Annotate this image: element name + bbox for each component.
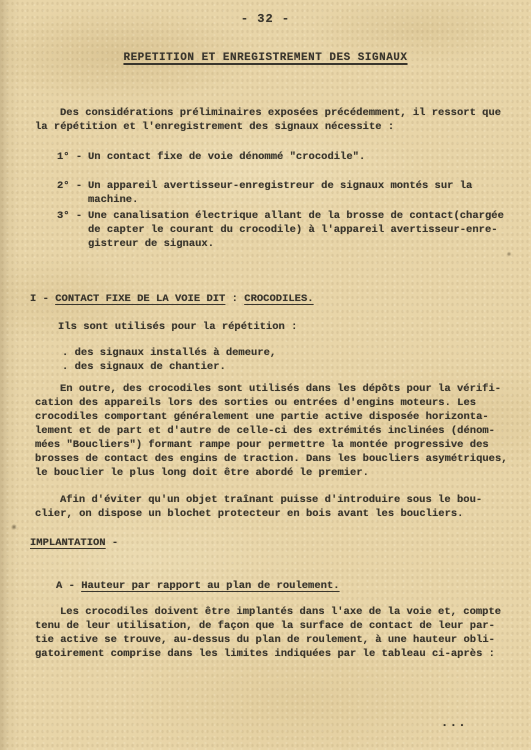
item-3-label: 3° - bbox=[57, 209, 88, 223]
implantation-heading-text: IMPLANTATION bbox=[30, 537, 106, 549]
item-2-label: 2° - bbox=[57, 179, 88, 193]
section-1-heading-part-1: CONTACT FIXE DE LA VOIE DIT bbox=[55, 293, 225, 305]
intro-paragraph: Des considérations préliminaires exposée… bbox=[35, 106, 521, 134]
section-1-separator: : bbox=[225, 293, 244, 305]
paragraph-implantation: Les crocodiles doivent être implantés da… bbox=[35, 605, 523, 661]
section-1-heading: I - CONTACT FIXE DE LA VOIE DIT : CROCOD… bbox=[30, 292, 314, 306]
section-1-prefix: I - bbox=[30, 293, 55, 305]
numbered-item-3: 3° - Une canalisation électrique allant … bbox=[57, 209, 521, 251]
document-title-text: REPETITION ET ENREGISTREMENT DES SIGNAUX bbox=[123, 52, 407, 64]
item-1-text: Un contact fixe de voie dénommé "crocodi… bbox=[88, 150, 521, 164]
section-1-lead: Ils sont utilisés pour la répétition : bbox=[58, 320, 297, 334]
numbered-item-2: 2° - Un appareil avertisseur-enregistreu… bbox=[57, 179, 521, 207]
page-number: - 32 - bbox=[0, 12, 531, 26]
paragraph-afin: Afin d'éviter qu'un objet traînant puiss… bbox=[35, 493, 521, 521]
bullet-list: . des signaux installés à demeure, . des… bbox=[62, 346, 276, 374]
numbered-item-1: 1° - Un contact fixe de voie dénommé "cr… bbox=[57, 150, 521, 164]
continuation-dots: ... bbox=[441, 716, 467, 730]
subsection-a-heading-text: Hauteur par rapport au plan de roulement… bbox=[81, 580, 339, 592]
subsection-a-prefix: A - bbox=[56, 580, 81, 592]
document-title: REPETITION ET ENREGISTREMENT DES SIGNAUX bbox=[0, 51, 531, 65]
implantation-heading-suffix: - bbox=[106, 537, 119, 549]
item-2-text: Un appareil avertisseur-enregistreur de … bbox=[88, 179, 521, 207]
scanned-document-page: { "page": { "number": "- 32 -", "title":… bbox=[0, 0, 531, 750]
section-1-heading-part-2: CROCODILES. bbox=[244, 293, 313, 305]
implantation-heading: IMPLANTATION - bbox=[30, 536, 118, 550]
item-1-label: 1° - bbox=[57, 150, 88, 164]
item-3-text: Une canalisation électrique allant de la… bbox=[88, 209, 521, 251]
paragraph-en-outre: En outre, des crocodiles sont utilisés d… bbox=[35, 382, 525, 480]
subsection-a-heading: A - Hauteur par rapport au plan de roule… bbox=[56, 579, 340, 593]
